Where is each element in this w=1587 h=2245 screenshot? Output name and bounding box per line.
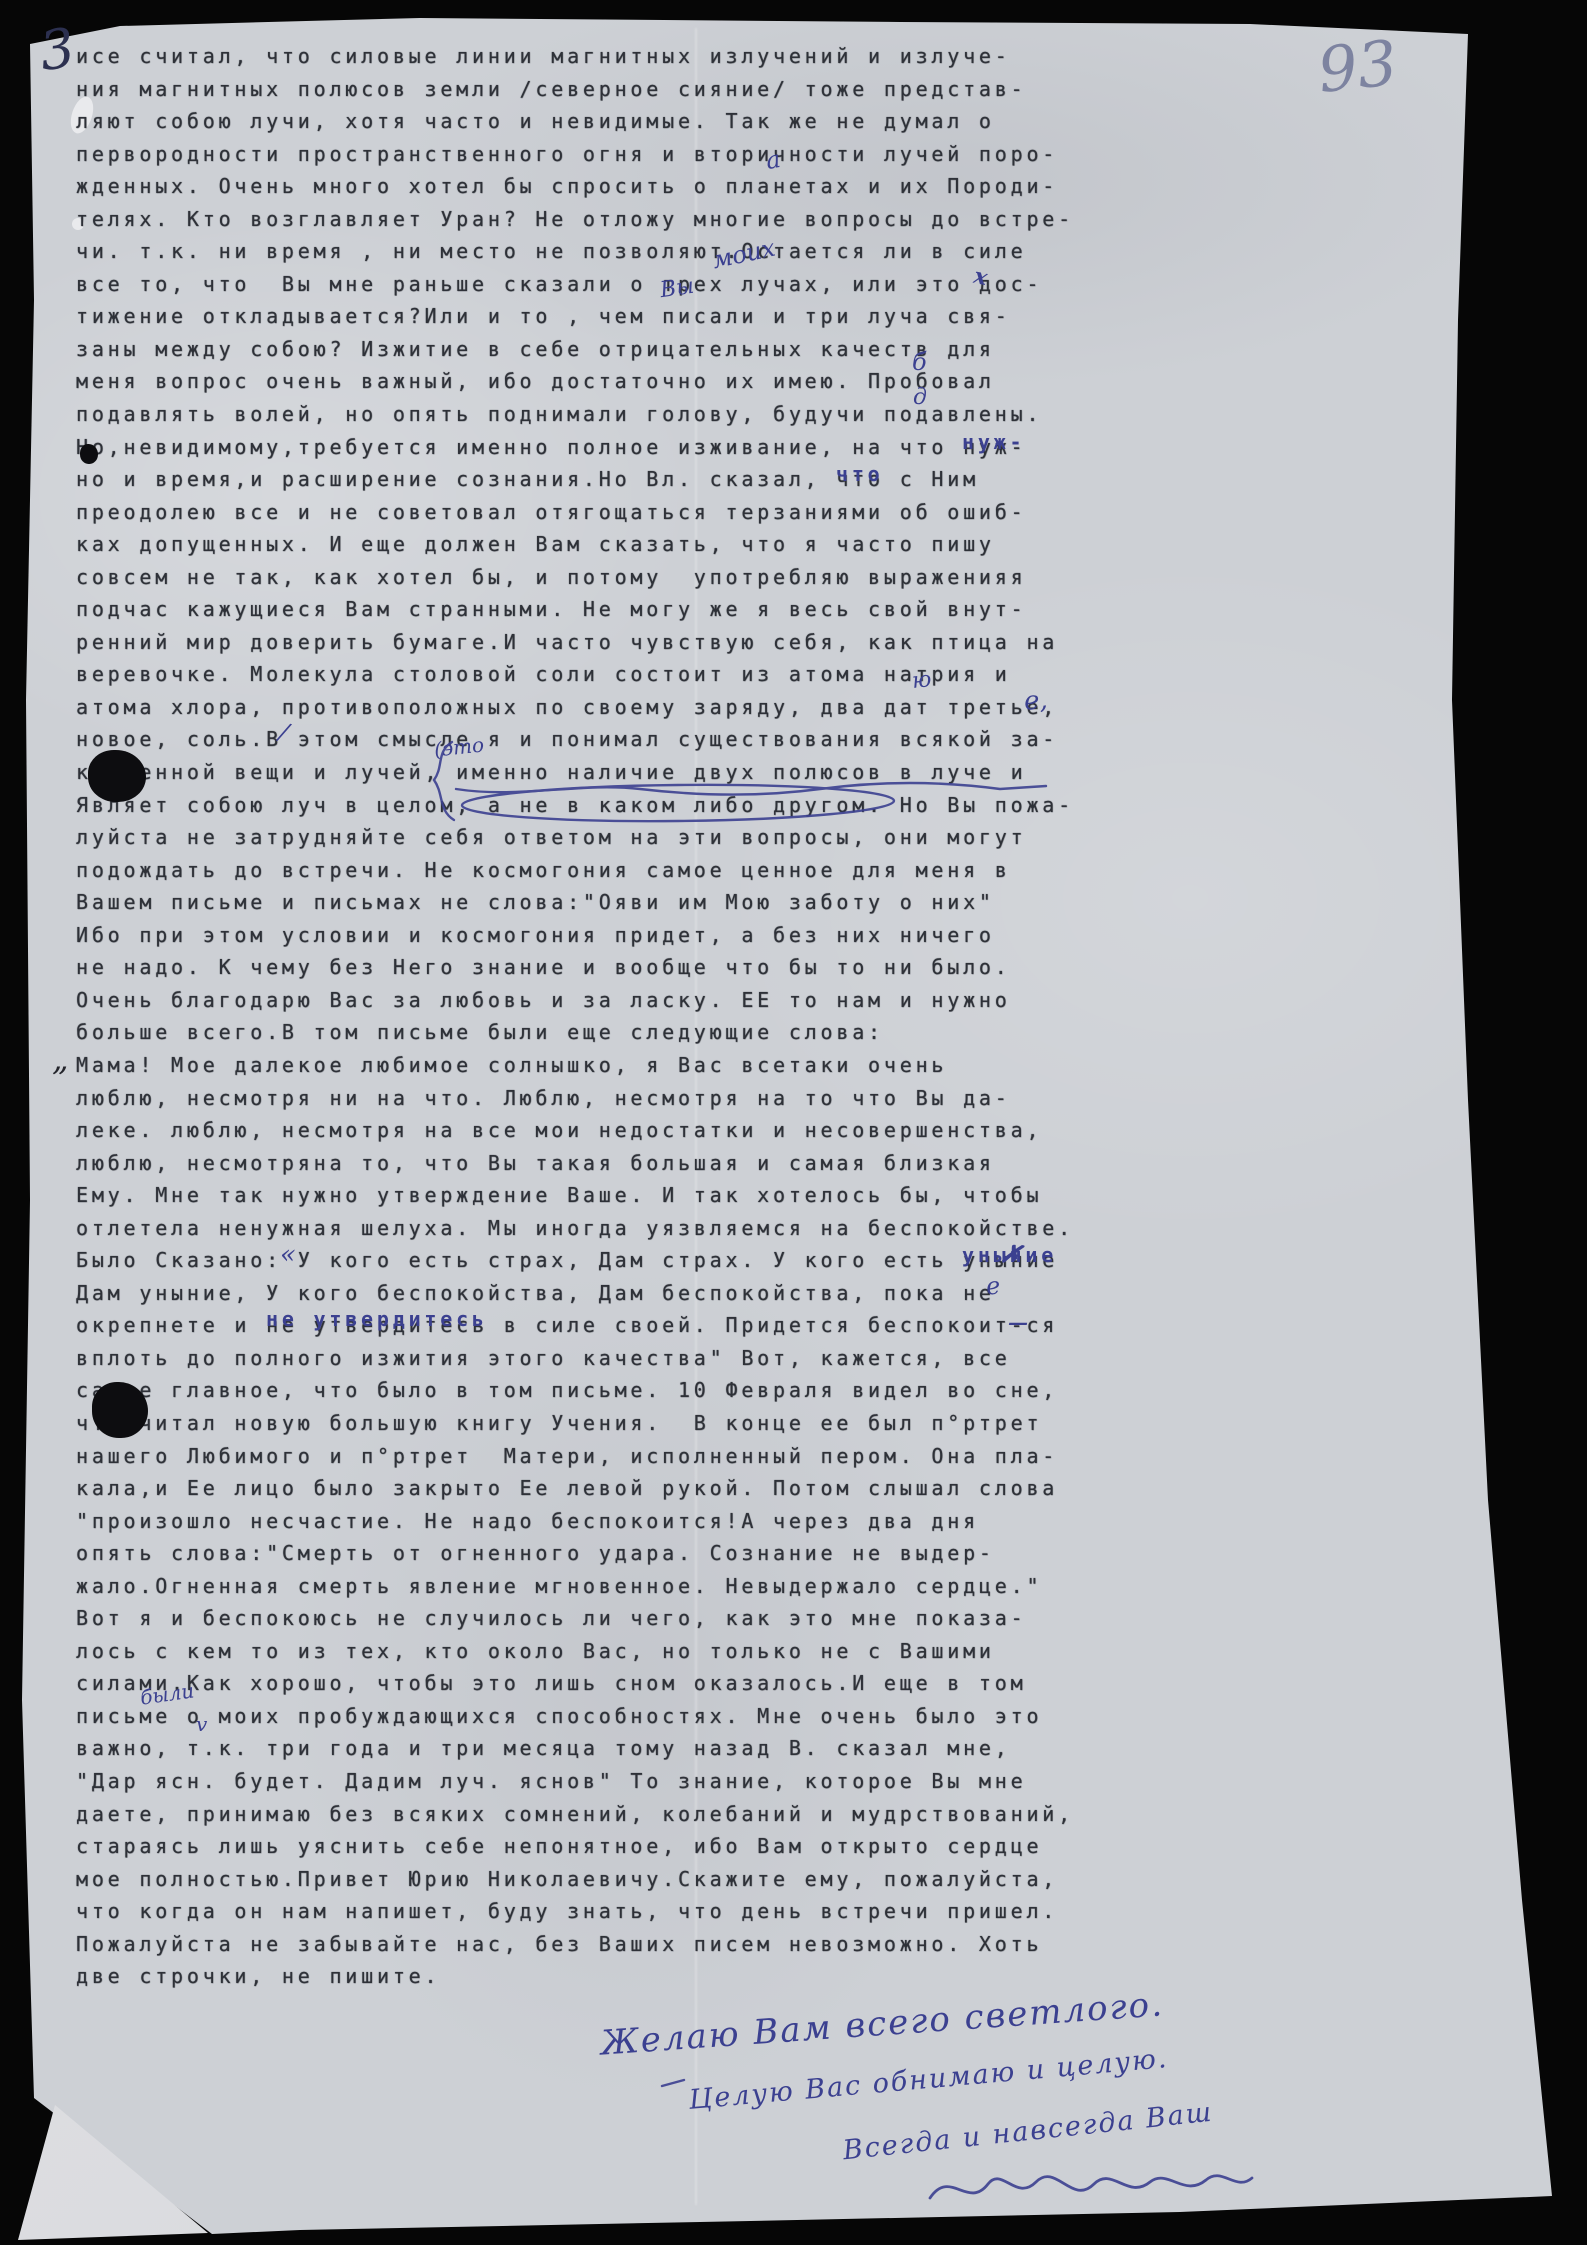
typed-line: "Дар ясн. будет. Дадим луч. яснов" То зн… <box>76 1765 1176 1798</box>
typed-line: совсем не так, как хотел бы, и потому уп… <box>76 561 1176 594</box>
typed-line: лось с кем то из тех, кто около Вас, но … <box>76 1635 1176 1668</box>
typed-line: новое, соль.В этом смысле я и понимал су… <box>76 723 1176 756</box>
typed-line: Пожалуйста не забывайте нас, без Ваших п… <box>76 1928 1176 1961</box>
typed-line: подчас кажущиеся Вам странными. Не могу … <box>76 593 1176 626</box>
typed-line: мое полностью.Привет Юрию Николаевичу.Ск… <box>76 1863 1176 1896</box>
ink-blot <box>92 1382 148 1438</box>
typed-line: нашего Любимого и п°ртрет Матери, исполн… <box>76 1440 1176 1473</box>
typed-line: опять слова:"Смерть от огненного удара. … <box>76 1537 1176 1570</box>
typed-line: силами.Как хорошо, чтобы это лишь сном о… <box>76 1667 1176 1700</box>
typed-line: жало.Огненная смерть явление мгновенное.… <box>76 1570 1176 1603</box>
typed-line: преодолею все и не советовал отягощаться… <box>76 496 1176 529</box>
typed-line: больше всего.В том письме были еще следу… <box>76 1016 1176 1049</box>
typed-line: чи. т.к. ни время , ни место не позволяю… <box>76 235 1176 268</box>
typed-line: меня вопрос очень важный, ибо достаточно… <box>76 365 1176 398</box>
typed-line: тижение откладывается?Или и то , чем пис… <box>76 300 1176 333</box>
typed-line: луйста не затрудняйте себя ответом на эт… <box>76 821 1176 854</box>
typed-line: конченной вещи и лучей, именно наличие д… <box>76 756 1176 789</box>
typed-line: Вашем письме и письмах не слова:"Ояви им… <box>76 886 1176 919</box>
typed-line: веревочке. Молекула столовой соли состои… <box>76 658 1176 691</box>
typed-line: важно, т.к. три года и три месяца тому н… <box>76 1732 1176 1765</box>
typed-line: что когда он нам напишет, буду знать, чт… <box>76 1895 1176 1928</box>
typed-line: леке. люблю, несмотря на все мои недоста… <box>76 1114 1176 1147</box>
handwritten-archive-page-number: 93 <box>1314 26 1400 107</box>
typed-line: Но,невидимому,требуется именно полное из… <box>76 431 1176 464</box>
typed-line: Мама! Мое далекое любимое солнышко, я Ва… <box>76 1049 1176 1082</box>
typed-line: ляют собою лучи, хотя часто и невидимые.… <box>76 105 1176 138</box>
typed-line: Очень благодарю Вас за любовь и за ласку… <box>76 984 1176 1017</box>
handwritten-sheet-number: 3 <box>36 16 79 83</box>
typed-line: Ему. Мне так нужно утверждение Ваше. И т… <box>76 1179 1176 1212</box>
typed-line: две строчки, не пишите. <box>76 1960 1176 1993</box>
typed-line: стараясь лишь уяснить себе непонятное, и… <box>76 1830 1176 1863</box>
typed-line: окрепнете и не утвердитесь в силе своей.… <box>76 1309 1176 1342</box>
typed-line: не надо. К чему без Него знание и вообще… <box>76 951 1176 984</box>
typed-line: кала,и Ее лицо было закрыто Ее левой рук… <box>76 1472 1176 1505</box>
typed-line: подождать до встречи. Не космогония само… <box>76 854 1176 887</box>
typed-line: вплоть до полного изжития этого качества… <box>76 1342 1176 1375</box>
typed-line: люблю, несмотряна то, что Вы такая больш… <box>76 1147 1176 1180</box>
typed-line: атома хлора, противоположных по своему з… <box>76 691 1176 724</box>
typed-line: самое главное, что было в том письме. 10… <box>76 1374 1176 1407</box>
typed-line: телях. Кто возглавляет Уран? Не отложу м… <box>76 203 1176 236</box>
typed-line: люблю, несмотря ни на что. Люблю, несмот… <box>76 1082 1176 1115</box>
typed-line: письме о моих пробуждающихся способностя… <box>76 1700 1176 1733</box>
typed-line: все то, что Вы мне раньше сказали о трех… <box>76 268 1176 301</box>
typed-line: но и время,и расширение сознания.Но Вл. … <box>76 463 1176 496</box>
typed-line: Дам уныние, У кого беспокойства, Дам бес… <box>76 1277 1176 1310</box>
typed-line: подавлять волей, но опять поднимали голо… <box>76 398 1176 431</box>
ink-blot <box>88 750 146 802</box>
typed-line: Являет собою луч в целом, а не в каком л… <box>76 789 1176 822</box>
typed-letter-body: исе считал, что силовые линии магнитных … <box>76 40 1176 1993</box>
typed-line: Ибо при этом условии и космогония придет… <box>76 919 1176 952</box>
ink-blot <box>80 444 98 464</box>
typed-line: заны между собою? Изжитие в себе отрицат… <box>76 333 1176 366</box>
typed-line: Вот я и беспокоюсь не случилось ли чего,… <box>76 1602 1176 1635</box>
typed-line: ренний мир доверить бумаге.И часто чувст… <box>76 626 1176 659</box>
typed-line: "произошло несчастие. Не надо беспокоитс… <box>76 1505 1176 1538</box>
typed-line: отлетела ненужная шелуха. Мы иногда уязв… <box>76 1212 1176 1245</box>
typed-line: ния магнитных полюсов земли /северное си… <box>76 73 1176 106</box>
typed-line: ках допущенных. И еще должен Вам сказать… <box>76 528 1176 561</box>
typed-line: что читал новую большую книгу Учения. В … <box>76 1407 1176 1440</box>
typed-line: первородности пространственного огня и в… <box>76 138 1176 171</box>
typed-line: Было Сказано: У кого есть страх, Дам стр… <box>76 1244 1176 1277</box>
typed-line: даете, принимаю без всяких сомнений, кол… <box>76 1798 1176 1831</box>
typed-line: жденных. Очень много хотел бы спросить о… <box>76 170 1176 203</box>
typed-line: исе считал, что силовые линии магнитных … <box>76 40 1176 73</box>
